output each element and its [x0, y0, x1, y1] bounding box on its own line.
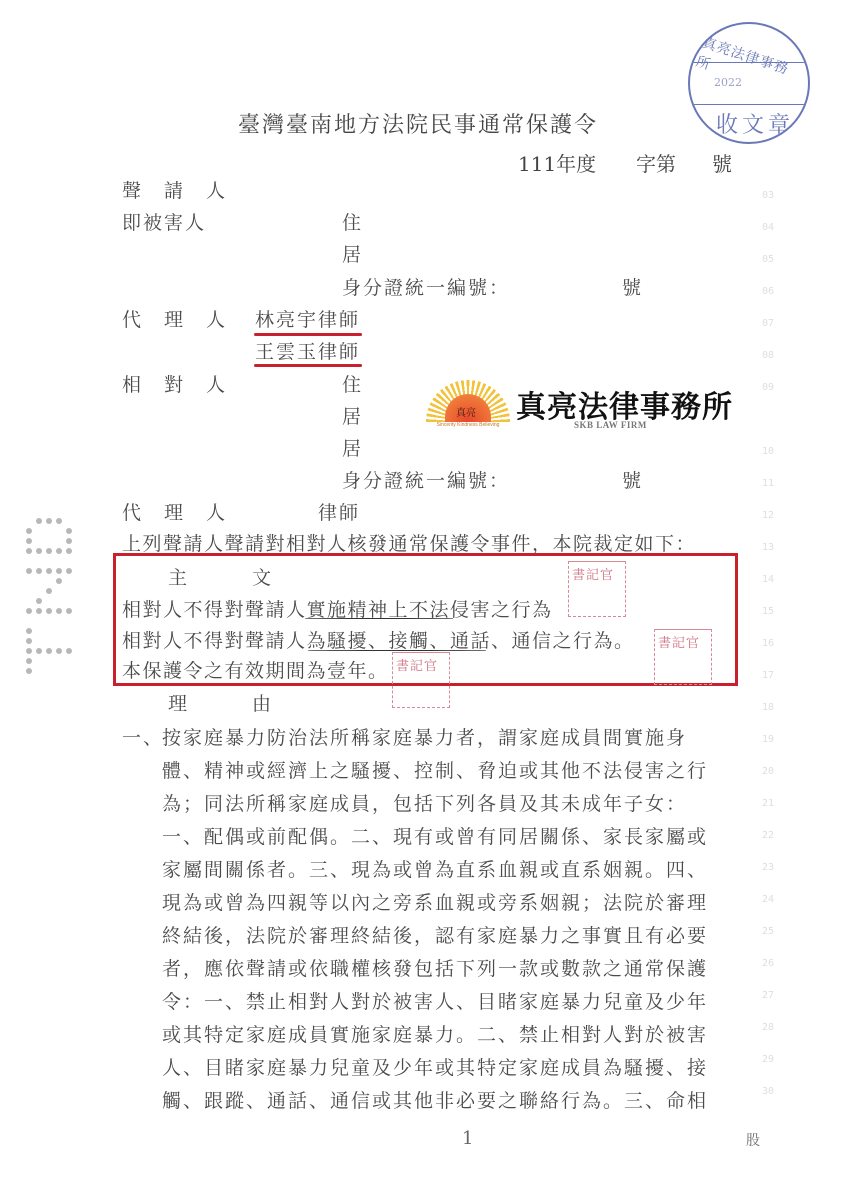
reasons-heading: 理 由: [168, 695, 273, 714]
petitioner-address-residence: 住: [342, 214, 363, 233]
agent-name-2: 王雲玉律師: [255, 343, 360, 362]
reasons-line-12: 觸、跟蹤、通話、通信或其他非必要之聯絡行為。三、命相: [162, 1092, 708, 1111]
case-number-suffix: 號: [712, 148, 732, 177]
agent-2-red-underline: [254, 364, 362, 367]
ruling-line-2: 相對人不得對聲請人為騷擾、接觸、通話、通信之行為。: [122, 632, 635, 651]
respondent-address-dwelling-2: 居: [342, 440, 363, 459]
victim-label: 即被害人: [122, 214, 206, 233]
reasons-line-1: 按家庭暴力防治法所稱家庭暴力者，謂家庭成員間實施身: [162, 729, 687, 748]
respondent-agent-value: 律師: [318, 504, 360, 523]
stamp-label: 收文章: [716, 108, 794, 139]
petitioner-id-suffix: 號: [622, 279, 643, 298]
received-stamp: 真亮法律事務所 2022 收文章: [688, 22, 810, 144]
respondent-address-residence: 住: [342, 376, 363, 395]
firm-name-english: SKB LAW FIRM: [574, 420, 647, 430]
stamp-date: 2022: [714, 76, 742, 89]
pen-underline-mental-abuse: [305, 618, 453, 619]
emblem-motto: Sincerity Kindness Believing: [426, 422, 510, 428]
stamp-divider-bottom: [690, 104, 808, 105]
reasons-line-5: 家屬間關係者。三、現為或曾為直系血親或直系姻親。四、: [162, 861, 708, 880]
reasons-line-6: 現為或曾為四親等以內之旁系血親或旁系姻親；法院於審理: [162, 894, 708, 913]
page-number: 1: [462, 1128, 473, 1149]
respondent-address-dwelling-1: 居: [342, 408, 363, 427]
ruling-line-3: 本保護令之有效期間為壹年。: [122, 662, 389, 681]
reasons-line-11: 人、目睹家庭暴力兒童及少年或其特定家庭成員為騷擾、接: [162, 1059, 708, 1078]
case-year: 111年度: [518, 148, 596, 177]
clerk-seal-2: 書記官: [654, 629, 712, 685]
reasons-line-8: 者，應依聲請或依職權核發包括下列一款或數款之通常保護: [162, 960, 708, 979]
respondent-label: 相 對 人: [122, 376, 227, 395]
stamp-divider-top: [690, 62, 808, 63]
law-firm-logo: 真亮 Sincerity Kindness Believing 真亮法律事務所 …: [426, 380, 746, 440]
agent-name-1: 林亮宇律師: [255, 311, 360, 330]
reasons-line-10: 或其特定家庭成員實施家庭暴力。二、禁止相對人對於被害: [162, 1026, 708, 1045]
agent-1-red-underline: [254, 333, 362, 336]
respondent-id-suffix: 號: [622, 472, 643, 491]
respondent-agent-label: 代 理 人: [122, 504, 227, 523]
reasons-line-4: 一、配偶或前配偶。二、現有或曾有同居關係、家長家屬或: [162, 828, 708, 847]
petitioner-id-label: 身分證統一編號：: [342, 279, 510, 298]
reasons-item-marker: 一、: [122, 729, 164, 748]
reasons-line-2: 體、精神或經濟上之騷擾、控制、脅迫或其他不法侵害之行: [162, 762, 708, 781]
stamp-org-text: 真亮法律事務所: [694, 32, 803, 102]
clerk-seal-1: 書記官: [568, 561, 626, 617]
reasons-line-3: 為；同法所稱家庭成員，包括下列各員及其未成年子女：: [162, 795, 687, 814]
case-word: 字第: [636, 148, 676, 177]
reasons-line-7: 終結後，法院於審理終結後，認有家庭暴力之事實且有必要: [162, 927, 708, 946]
petitioner-address-dwelling: 居: [342, 246, 363, 265]
document-title: 臺灣臺南地方法院民事通常保護令: [238, 108, 598, 139]
court-unit: 股: [746, 1130, 760, 1150]
emblem-text: 真亮: [456, 404, 476, 419]
ruling-heading: 主 文: [168, 569, 273, 588]
reasons-line-9: 令：一、禁止相對人對於被害人、目睹家庭暴力兒童及少年: [162, 993, 708, 1012]
intro-statement: 上列聲請人聲請對相對人核發通常保護令事件，本院裁定如下：: [122, 535, 696, 554]
petitioner-label: 聲 請 人: [122, 182, 227, 201]
clerk-seal-3: 書記官: [392, 652, 450, 708]
agent-label: 代 理 人: [122, 311, 227, 330]
sun-emblem-icon: 真亮: [426, 380, 510, 422]
respondent-id-label: 身分證統一編號：: [342, 472, 510, 491]
